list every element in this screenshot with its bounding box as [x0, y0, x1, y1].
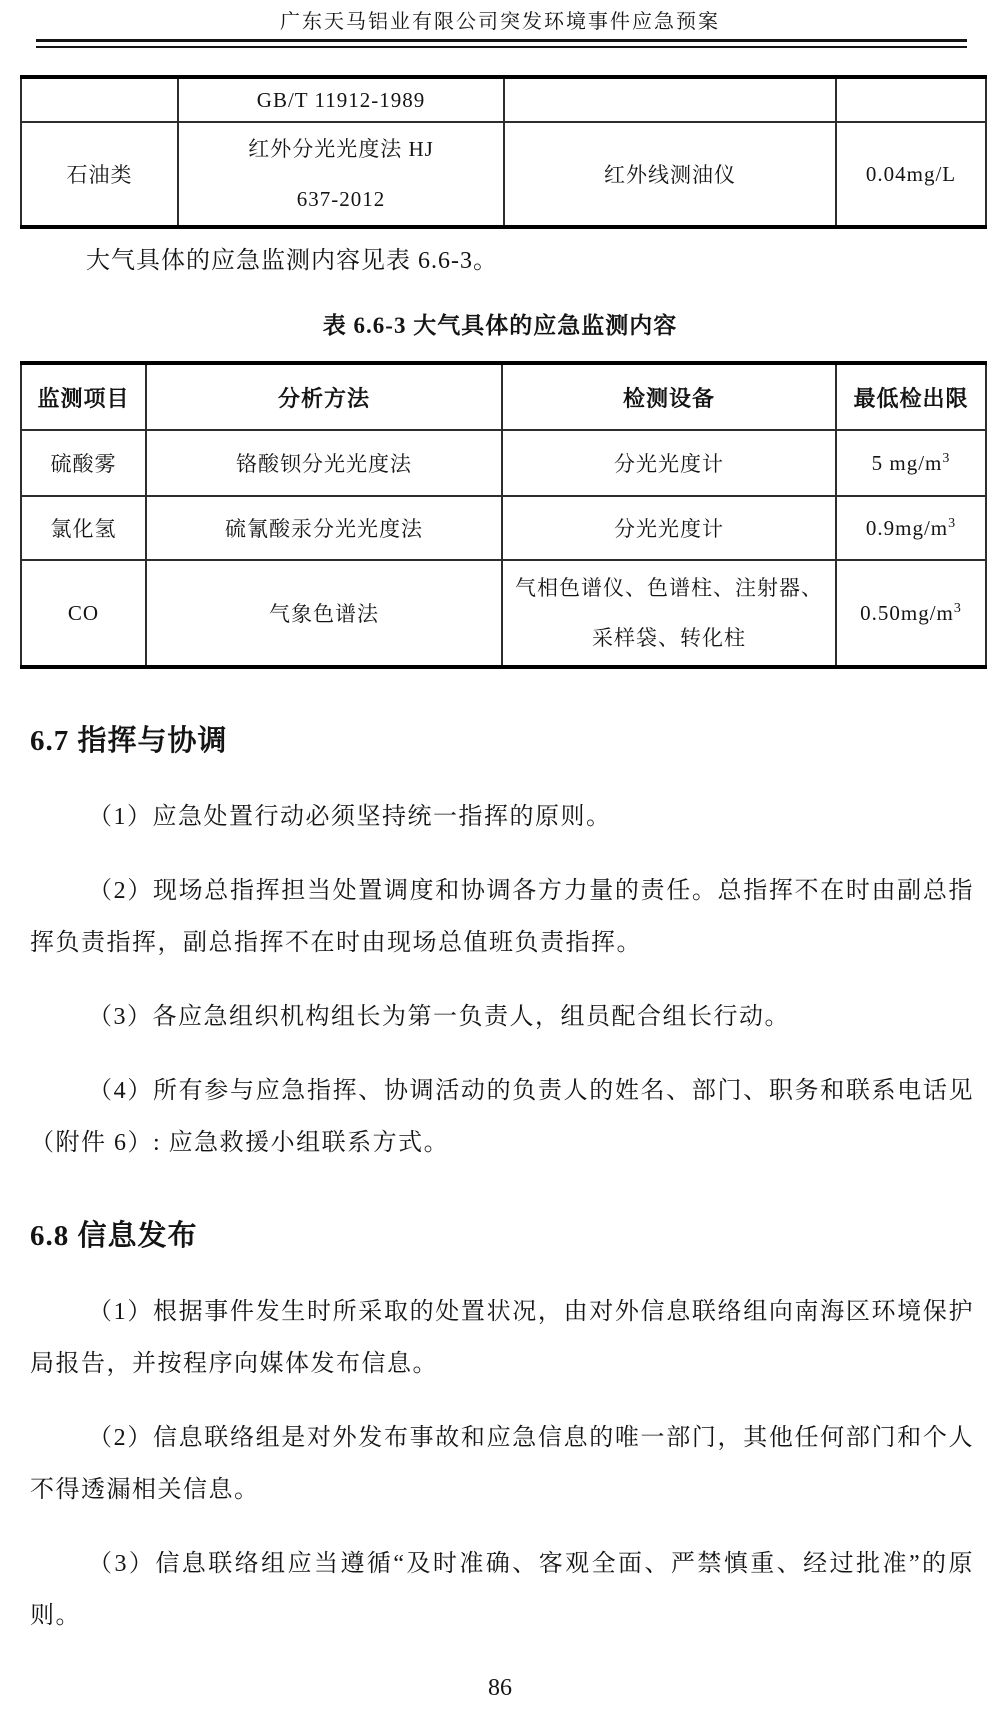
paragraph: （1）应急处置行动必须坚持统一指挥的原则。	[30, 791, 974, 843]
header-item-cell: 监测项目	[21, 363, 146, 430]
header-device-cell: 检测设备	[502, 363, 836, 430]
limit-superscript: 3	[942, 451, 950, 466]
intro-paragraph: 大气具体的应急监测内容见表 6.6-3。	[30, 243, 970, 279]
water-row1-method-cell: GB/T 11912-1989	[178, 77, 504, 122]
header-rule	[36, 39, 967, 48]
document-page: 广东天马铝业有限公司突发环境事件应急预案 GB/T 11912-1989 石油类…	[0, 0, 1000, 1710]
method-line-1: 红外分光光度法 HJ	[183, 124, 499, 174]
table-caption: 表 6.6-3 大气具体的应急监测内容	[0, 309, 1000, 343]
paragraph: （4）所有参与应急指挥、协调活动的负责人的姓名、部门、职务和联系电话见（附件 6…	[30, 1065, 974, 1169]
air-monitoring-table: 监测项目 分析方法 检测设备 最低检出限 硫酸雾 铬酸钡分光光度法 分光光度计 …	[20, 361, 987, 669]
header-method-cell: 分析方法	[146, 363, 502, 430]
paragraph: （2）现场总指挥担当处置调度和协调各方力量的责任。总指挥不在时由副总指挥负责指挥…	[30, 865, 974, 969]
limit-superscript: 3	[948, 516, 956, 531]
table-row: CO 气象色谱法 气相色谱仪、色谱柱、注射器、 采样袋、转化柱 0.50mg/m…	[21, 560, 986, 667]
water-monitoring-table: GB/T 11912-1989 石油类 红外分光光度法 HJ 637-2012 …	[20, 75, 987, 229]
air-row1-device-cell: 分光光度计	[502, 430, 836, 496]
water-row1-device-cell	[504, 77, 836, 122]
air-row2-limit-cell: 0.9mg/m3	[836, 496, 986, 560]
water-row2-item-cell: 石油类	[21, 122, 178, 227]
table-row: 硫酸雾 铬酸钡分光光度法 分光光度计 5 mg/m3	[21, 430, 986, 496]
air-row1-item-cell: 硫酸雾	[21, 430, 146, 496]
air-row1-method-cell: 铬酸钡分光光度法	[146, 430, 502, 496]
limit-value: 0.50mg/m	[860, 601, 954, 625]
limit-value: 0.9mg/m	[866, 516, 948, 540]
paragraph: （3）信息联络组应当遵循“及时准确、客观全面、严禁慎重、经过批准”的原则。	[30, 1538, 974, 1642]
method-line-2: 637-2012	[183, 174, 499, 224]
device-line-2: 采样袋、转化柱	[507, 613, 831, 663]
air-row3-limit-cell: 0.50mg/m3	[836, 560, 986, 667]
table-row: 氯化氢 硫氰酸汞分光光度法 分光光度计 0.9mg/m3	[21, 496, 986, 560]
water-row1-item-cell	[21, 77, 178, 122]
paragraph: （3）各应急组织机构组长为第一负责人，组员配合组长行动。	[30, 991, 974, 1043]
air-row2-device-cell: 分光光度计	[502, 496, 836, 560]
table-row: 石油类 红外分光光度法 HJ 637-2012 红外线测油仪 0.04mg/L	[21, 122, 986, 227]
limit-value: 5 mg/m	[872, 451, 943, 475]
limit-superscript: 3	[954, 601, 962, 616]
table-header-row: 监测项目 分析方法 检测设备 最低检出限	[21, 363, 986, 430]
section-heading-6-8: 6.8 信息发布	[30, 1216, 1000, 1256]
table-row: GB/T 11912-1989	[21, 77, 986, 122]
header-limit-cell: 最低检出限	[836, 363, 986, 430]
air-row3-device-cell: 气相色谱仪、色谱柱、注射器、 采样袋、转化柱	[502, 560, 836, 667]
air-row2-item-cell: 氯化氢	[21, 496, 146, 560]
water-row2-device-cell: 红外线测油仪	[504, 122, 836, 227]
air-row3-item-cell: CO	[21, 560, 146, 667]
header-title: 广东天马铝业有限公司突发环境事件应急预案	[0, 0, 1000, 36]
page-number: 86	[0, 1675, 1000, 1702]
air-row2-method-cell: 硫氰酸汞分光光度法	[146, 496, 502, 560]
paragraph: （2）信息联络组是对外发布事故和应急信息的唯一部门，其他任何部门和个人不得透漏相…	[30, 1412, 974, 1516]
water-row1-limit-cell	[836, 77, 986, 122]
paragraph: （1）根据事件发生时所采取的处置状况，由对外信息联络组向南海区环境保护局报告，并…	[30, 1286, 974, 1390]
water-row2-limit-cell: 0.04mg/L	[836, 122, 986, 227]
air-row3-method-cell: 气象色谱法	[146, 560, 502, 667]
section-heading-6-7: 6.7 指挥与协调	[30, 721, 1000, 761]
water-row2-method-cell: 红外分光光度法 HJ 637-2012	[178, 122, 504, 227]
device-line-1: 气相色谱仪、色谱柱、注射器、	[507, 563, 831, 613]
air-row1-limit-cell: 5 mg/m3	[836, 430, 986, 496]
